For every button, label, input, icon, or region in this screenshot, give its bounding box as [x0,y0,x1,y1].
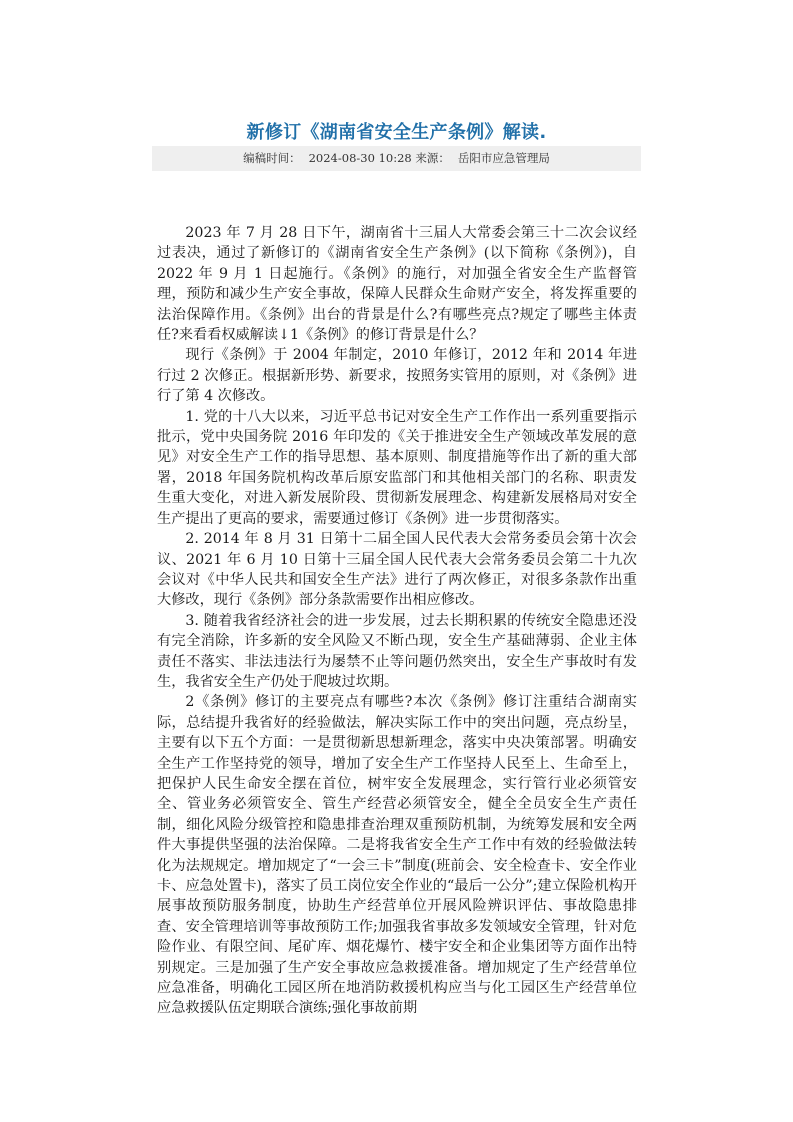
paragraph-highlights: 2《条例》修订的主要亮点有哪些?本次《条例》修订注重结合湖南实际，总结提升我省好… [157,692,637,1019]
article-title: 新修订《湖南省安全生产条例》解读. [0,120,793,146]
document-page: 新修订《湖南省安全生产条例》解读. 编稿时间：2024-08-30 10:28 … [0,0,793,1122]
paragraph-reason-2: 2. 2014 年 8 月 31 日第十二届全国人民代表大会常务委员会第十次会议… [157,529,637,611]
edit-time-label: 编稿时间： [243,146,301,171]
source-value: 岳阳市应急管理局 [458,146,550,171]
paragraph-reason-3: 3. 随着我省经济社会的进一步发展，过去长期积累的传统安全隐患还没有完全消除，许… [157,611,637,693]
paragraph-reason-1: 1. 党的十八大以来，习近平总书记对安全生产工作作出一系列重要指示批示，党中央国… [157,407,637,529]
article-meta-bar: 编稿时间：2024-08-30 10:28 来源：岳阳市应急管理局 [152,146,641,171]
edit-time-value: 2024-08-30 10:28 [309,146,412,171]
article-body: 2023 年 7 月 28 日下午，湖南省十三届人大常委会第三十二次会议经过表决… [157,223,637,1019]
source-label: 来源： [415,146,450,171]
paragraph-intro: 2023 年 7 月 28 日下午，湖南省十三届人大常委会第三十二次会议经过表决… [157,223,637,345]
paragraph-revision-history: 现行《条例》于 2004 年制定，2010 年修订，2012 年和 2014 年… [157,345,637,406]
